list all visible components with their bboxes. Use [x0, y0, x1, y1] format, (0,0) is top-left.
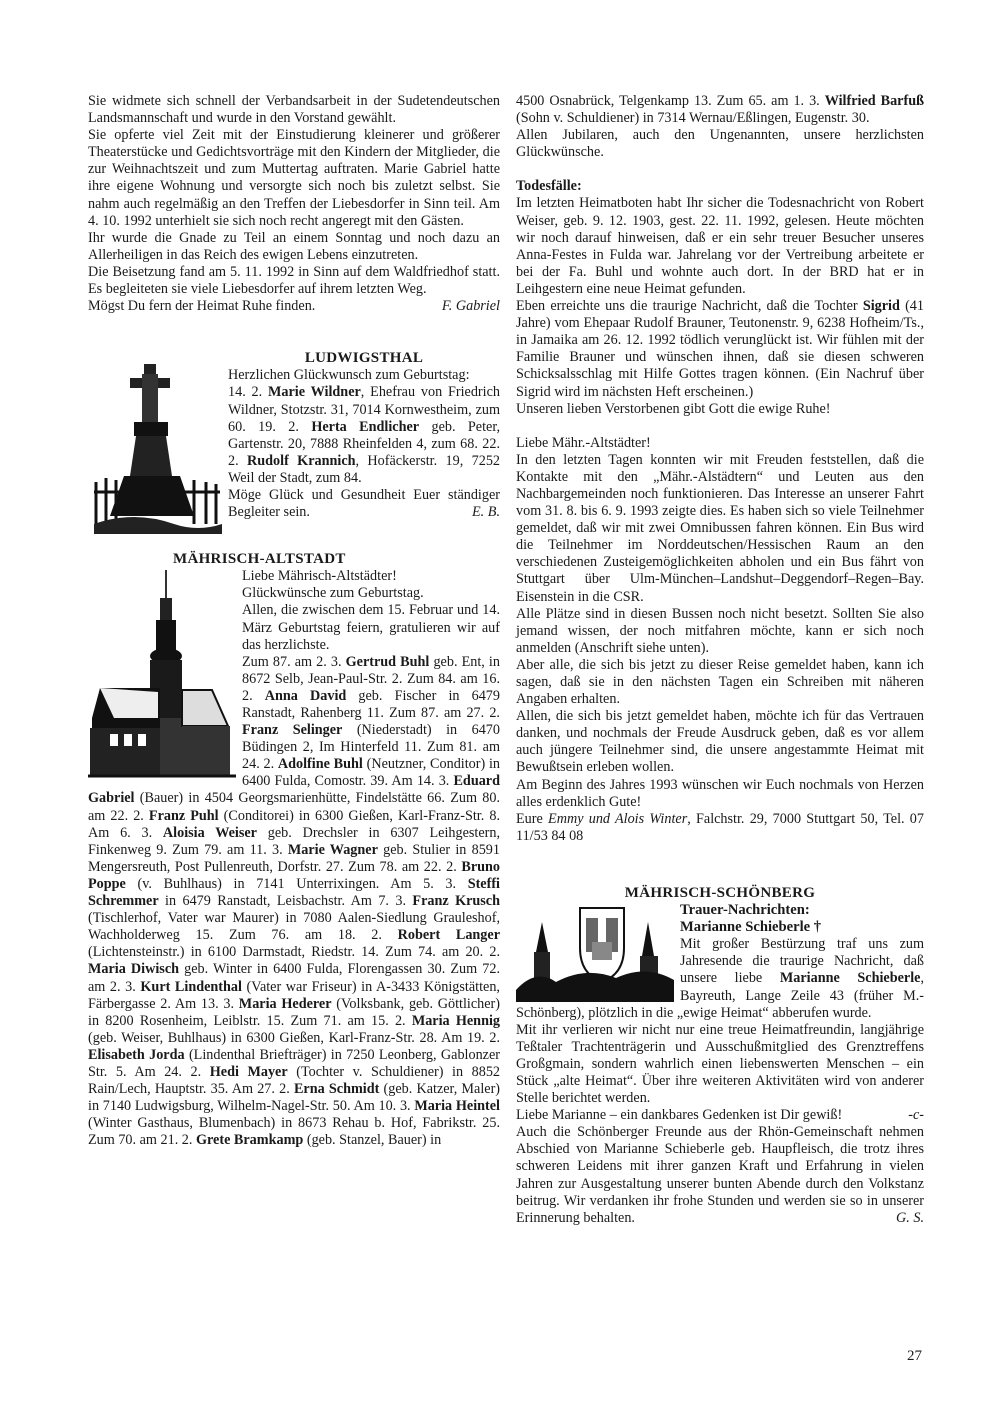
intro-paragraph: Ihr wurde die Gnade zu Teil an einem Son…: [88, 230, 500, 264]
person-name: Herta Endlicher: [311, 419, 419, 435]
letter-salutation: Liebe Mähr.-Altstädter!: [516, 435, 924, 452]
entry-date: Zum 87. am 27. 2.: [389, 705, 500, 721]
person-name: Wilfried Barfuß: [825, 93, 924, 109]
letter-paragraph: Allen, die sich bis jetzt gemeldet haben…: [516, 708, 924, 776]
entry-date: Am 24. 2.: [134, 1064, 209, 1080]
entry-details: in 6479 Ranstadt, Leisbachstr.: [159, 893, 351, 909]
intro-paragraph: Die Beisetzung fand am 5. 11. 1992 in Si…: [88, 264, 500, 298]
letter-paragraph: Aber alle, die sich bis jetzt zu dieser …: [516, 657, 924, 708]
entry-details: (geb. Weiser, Buhlhaus) in 6300 Gießen, …: [88, 1030, 441, 1046]
person-name: Sigrid: [863, 298, 900, 314]
letter-closing: Eure Emmy und Alois Winter, Falchstr. 29…: [516, 811, 924, 845]
signature: -c-: [908, 1107, 924, 1124]
person-name: Marie Wagner: [288, 842, 378, 858]
person-name: Adolfine Buhl: [278, 756, 363, 772]
entry-details: (Winter Gasthaus, Blumenbach) in 8673 Re…: [88, 1115, 500, 1131]
entry-date: Zum 70. am 21. 2.: [88, 1132, 196, 1148]
continuation-entry: 4500 Osnabrück, Telgenkamp 13. Zum 65. a…: [516, 93, 924, 127]
person-name: Anna David: [265, 688, 347, 704]
deaths-heading: Todesfälle:: [516, 178, 924, 195]
entry-details: (Sohn v. Schuldiener) in 7314 Wernau/Eßl…: [516, 110, 870, 126]
closing-line: Möge Glück und Gesundheit Euer ständiger…: [228, 487, 500, 521]
person-name: Elisabeth Jorda: [88, 1047, 185, 1063]
entry-date: Am 14. 3.: [391, 773, 453, 789]
person-name: Maria Diwisch: [88, 961, 179, 977]
entry-date: Am 6. 3.: [88, 825, 163, 841]
person-name: Gertrud Buhl: [346, 654, 430, 670]
birthday-entries: 14. 2. Marie Wildner, Ehefrau von Friedr…: [228, 384, 500, 487]
greeting: Herzlichen Glückwunsch zum Geburtstag:: [228, 367, 500, 384]
entry-date: Am 5. 3.: [390, 876, 467, 892]
closing-line: Mögst Du fern der Heimat Ruhe finden. F.…: [88, 298, 500, 315]
entry-date: Am 7. 3.: [351, 893, 413, 909]
entry-details: geb. Winter in 6400 Fulda, Florengassen …: [179, 961, 450, 977]
entry-date: Zum 87. am 2. 3.: [242, 654, 346, 670]
letter-paragraph: Alle Plätze sind in diesen Bussen noch n…: [516, 606, 924, 657]
section-heading: MÄHRISCH-ALTSTADT: [88, 551, 500, 568]
church-tower-illustration: [88, 568, 238, 778]
signature-names: Emmy und Alois Winter: [548, 811, 687, 827]
schoenberg-section: MÄHRISCH-SCHÖNBERG Trauer-Nachrichten: M…: [516, 885, 924, 1227]
page-number: 27: [907, 1348, 922, 1365]
jubilee-wishes: Allen Jubilaren, auch den Ungenannten, u…: [516, 127, 924, 161]
deaths-paragraph: Im letzten Heimatboten habt Ihr sicher d…: [516, 195, 924, 298]
entry-date: Am 10. 3.: [353, 1098, 414, 1114]
closing-text: Möge Glück und Gesundheit Euer ständiger…: [228, 487, 500, 520]
section-heading: MÄHRISCH-SCHÖNBERG: [516, 885, 924, 902]
person-name: Maria Heintel: [414, 1098, 500, 1114]
entry-date: Zum 74. am 20. 2.: [385, 944, 500, 960]
obituary-paragraph: Liebe Marianne – ein dankbares Gedenken …: [516, 1107, 924, 1124]
left-column: Sie widmete sich schnell der Verbandsarb…: [88, 93, 500, 1149]
obituary-paragraph: Auch die Schönberger Freunde aus der Rhö…: [516, 1124, 924, 1227]
entry-date: Am 27. 2.: [232, 1081, 294, 1097]
person-name: Franz Puhl: [149, 808, 219, 824]
entry-details: (Bauer) in 4504 Georgsmarienhütte, Finde…: [135, 790, 451, 806]
intro-paragraph: Sie widmete sich schnell der Verbandsarb…: [88, 93, 500, 127]
person-name: Grete Bramkamp: [196, 1132, 303, 1148]
entry-details: (v. Buhlhaus) in 7141 Unterrixingen.: [126, 876, 390, 892]
altstadt-section: MÄHRISCH-ALTSTADT Liebe Mährisch-Altstäd…: [88, 551, 500, 1149]
obituary-paragraph: Mit ihr verlieren wir nicht nur eine tre…: [516, 1022, 924, 1107]
entry-date: Am 13. 3.: [175, 996, 239, 1012]
person-name: Marianne Schieberle: [780, 970, 921, 986]
letter-paragraph: In den letzten Tagen konnten wir mit Fre…: [516, 452, 924, 606]
person-name: Franz Krusch: [412, 893, 500, 909]
deaths-paragraph: Unseren lieben Verstorbenen gibt Gott di…: [516, 401, 924, 418]
entry-date: 14. 2.: [228, 384, 268, 400]
ludwigsthal-text: Herzlichen Glückwunsch zum Geburtstag: 1…: [228, 367, 500, 521]
person-name: Franz Selinger: [242, 722, 342, 738]
entry-details: (Lichtensteinstr.) in 6100 Darmstadt, Ri…: [88, 944, 385, 960]
text: Liebe Marianne – ein dankbares Gedenken …: [516, 1107, 842, 1124]
signature: G. S.: [896, 1210, 924, 1227]
entry-date: Zum 79. am 11. 3.: [172, 842, 288, 858]
right-column: 4500 Osnabrück, Telgenkamp 13. Zum 65. a…: [516, 93, 924, 1227]
person-name: Erna Schmidt: [294, 1081, 379, 1097]
deaths-paragraph: Eben erreichte uns die traurige Nachrich…: [516, 298, 924, 401]
person-name: Rudolf Krannich: [247, 453, 356, 469]
ludwigsthal-section: LUDWIGSTHAL Herzlichen Glückwunsch zum G…: [88, 350, 500, 521]
intro-paragraph: Sie opferte viel Zeit mit der Einstudier…: [88, 127, 500, 230]
person-name: Robert Langer: [398, 927, 500, 943]
person-name: Aloisia Weiser: [163, 825, 257, 841]
person-name: Marie Wildner: [268, 384, 361, 400]
closing-text: Mögst Du fern der Heimat Ruhe finden.: [88, 298, 315, 315]
entry-date: 4500 Osnabrück, Telgenkamp 13. Zum 65. a…: [516, 93, 825, 109]
person-name: Maria Hennig: [412, 1013, 500, 1029]
wayside-cross-illustration: [94, 364, 222, 536]
entry-date: Zum 78. am 22. 2.: [348, 859, 461, 875]
signature: F. Gabriel: [442, 298, 500, 315]
person-name: Maria Hederer: [239, 996, 332, 1012]
text: Eure: [516, 811, 548, 827]
entry-date: 19. 2.: [258, 419, 311, 435]
town-skyline-coat-of-arms-illustration: [516, 902, 676, 1002]
person-name: Kurt Lindenthal: [140, 979, 242, 995]
entry-date: Zum 76. am 18. 2.: [229, 927, 398, 943]
text: Auch die Schönberger Freunde aus der Rhö…: [516, 1124, 924, 1225]
entry-details: (geb. Stanzel, Bauer) in: [303, 1132, 441, 1148]
person-name: Hedi Mayer: [210, 1064, 288, 1080]
entry-details: (Conditorei) in 6300 Gießen, Karl-Franz-…: [219, 808, 500, 824]
letter-paragraph: Am Beginn des Jahres 1993 wünschen wir E…: [516, 777, 924, 811]
signature: E. B.: [472, 504, 500, 521]
entry-date: Am 19. 2.: [441, 1030, 500, 1046]
entry-date: Zum 71. am 15. 2.: [291, 1013, 412, 1029]
text: Eben erreichte uns die traurige Nachrich…: [516, 298, 863, 314]
